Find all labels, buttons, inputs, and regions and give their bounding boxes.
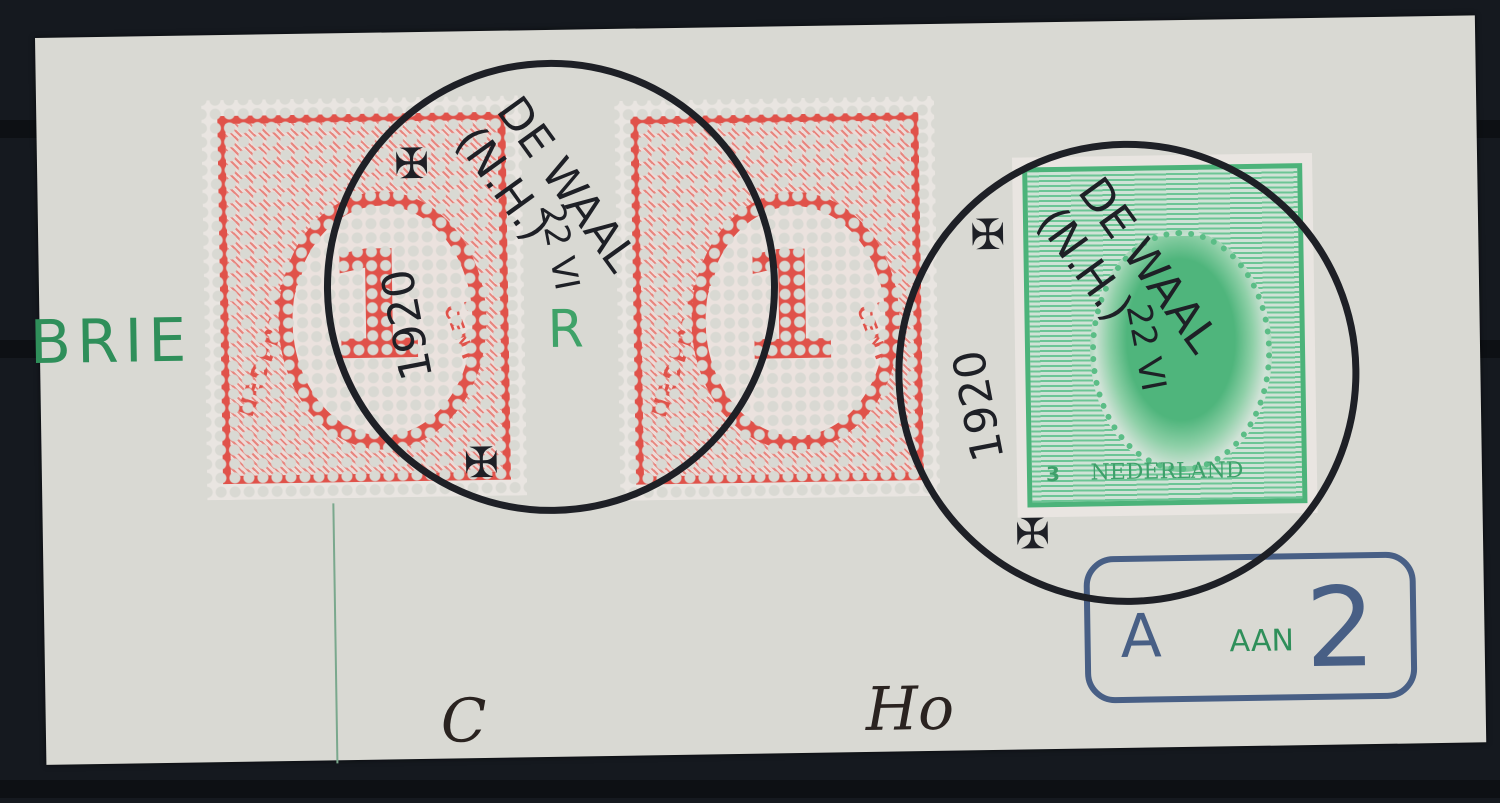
postmark-cross-icon: ✠ — [394, 139, 430, 189]
handwriting-right: Ho — [865, 674, 955, 745]
background-mount-stripe — [0, 780, 1500, 798]
box-number: 2 — [1304, 563, 1376, 692]
address-divider-line — [332, 503, 338, 763]
postmark-year: 1920 — [372, 265, 443, 385]
postmark-cross-icon: ✠ — [463, 438, 499, 488]
postmark-year: 1920 — [943, 346, 1014, 466]
postcard-fragment: BRIE 1 NEDERLAND 1 CENT R 1 NEDERLAND 1 … — [35, 15, 1486, 765]
brief-text: BRIE — [29, 306, 193, 379]
handwriting-left: C — [440, 686, 487, 757]
box-letter: A — [1120, 601, 1162, 672]
postmark-cross-icon: ✠ — [1015, 509, 1051, 559]
postmark-cross-icon: ✠ — [970, 210, 1006, 260]
